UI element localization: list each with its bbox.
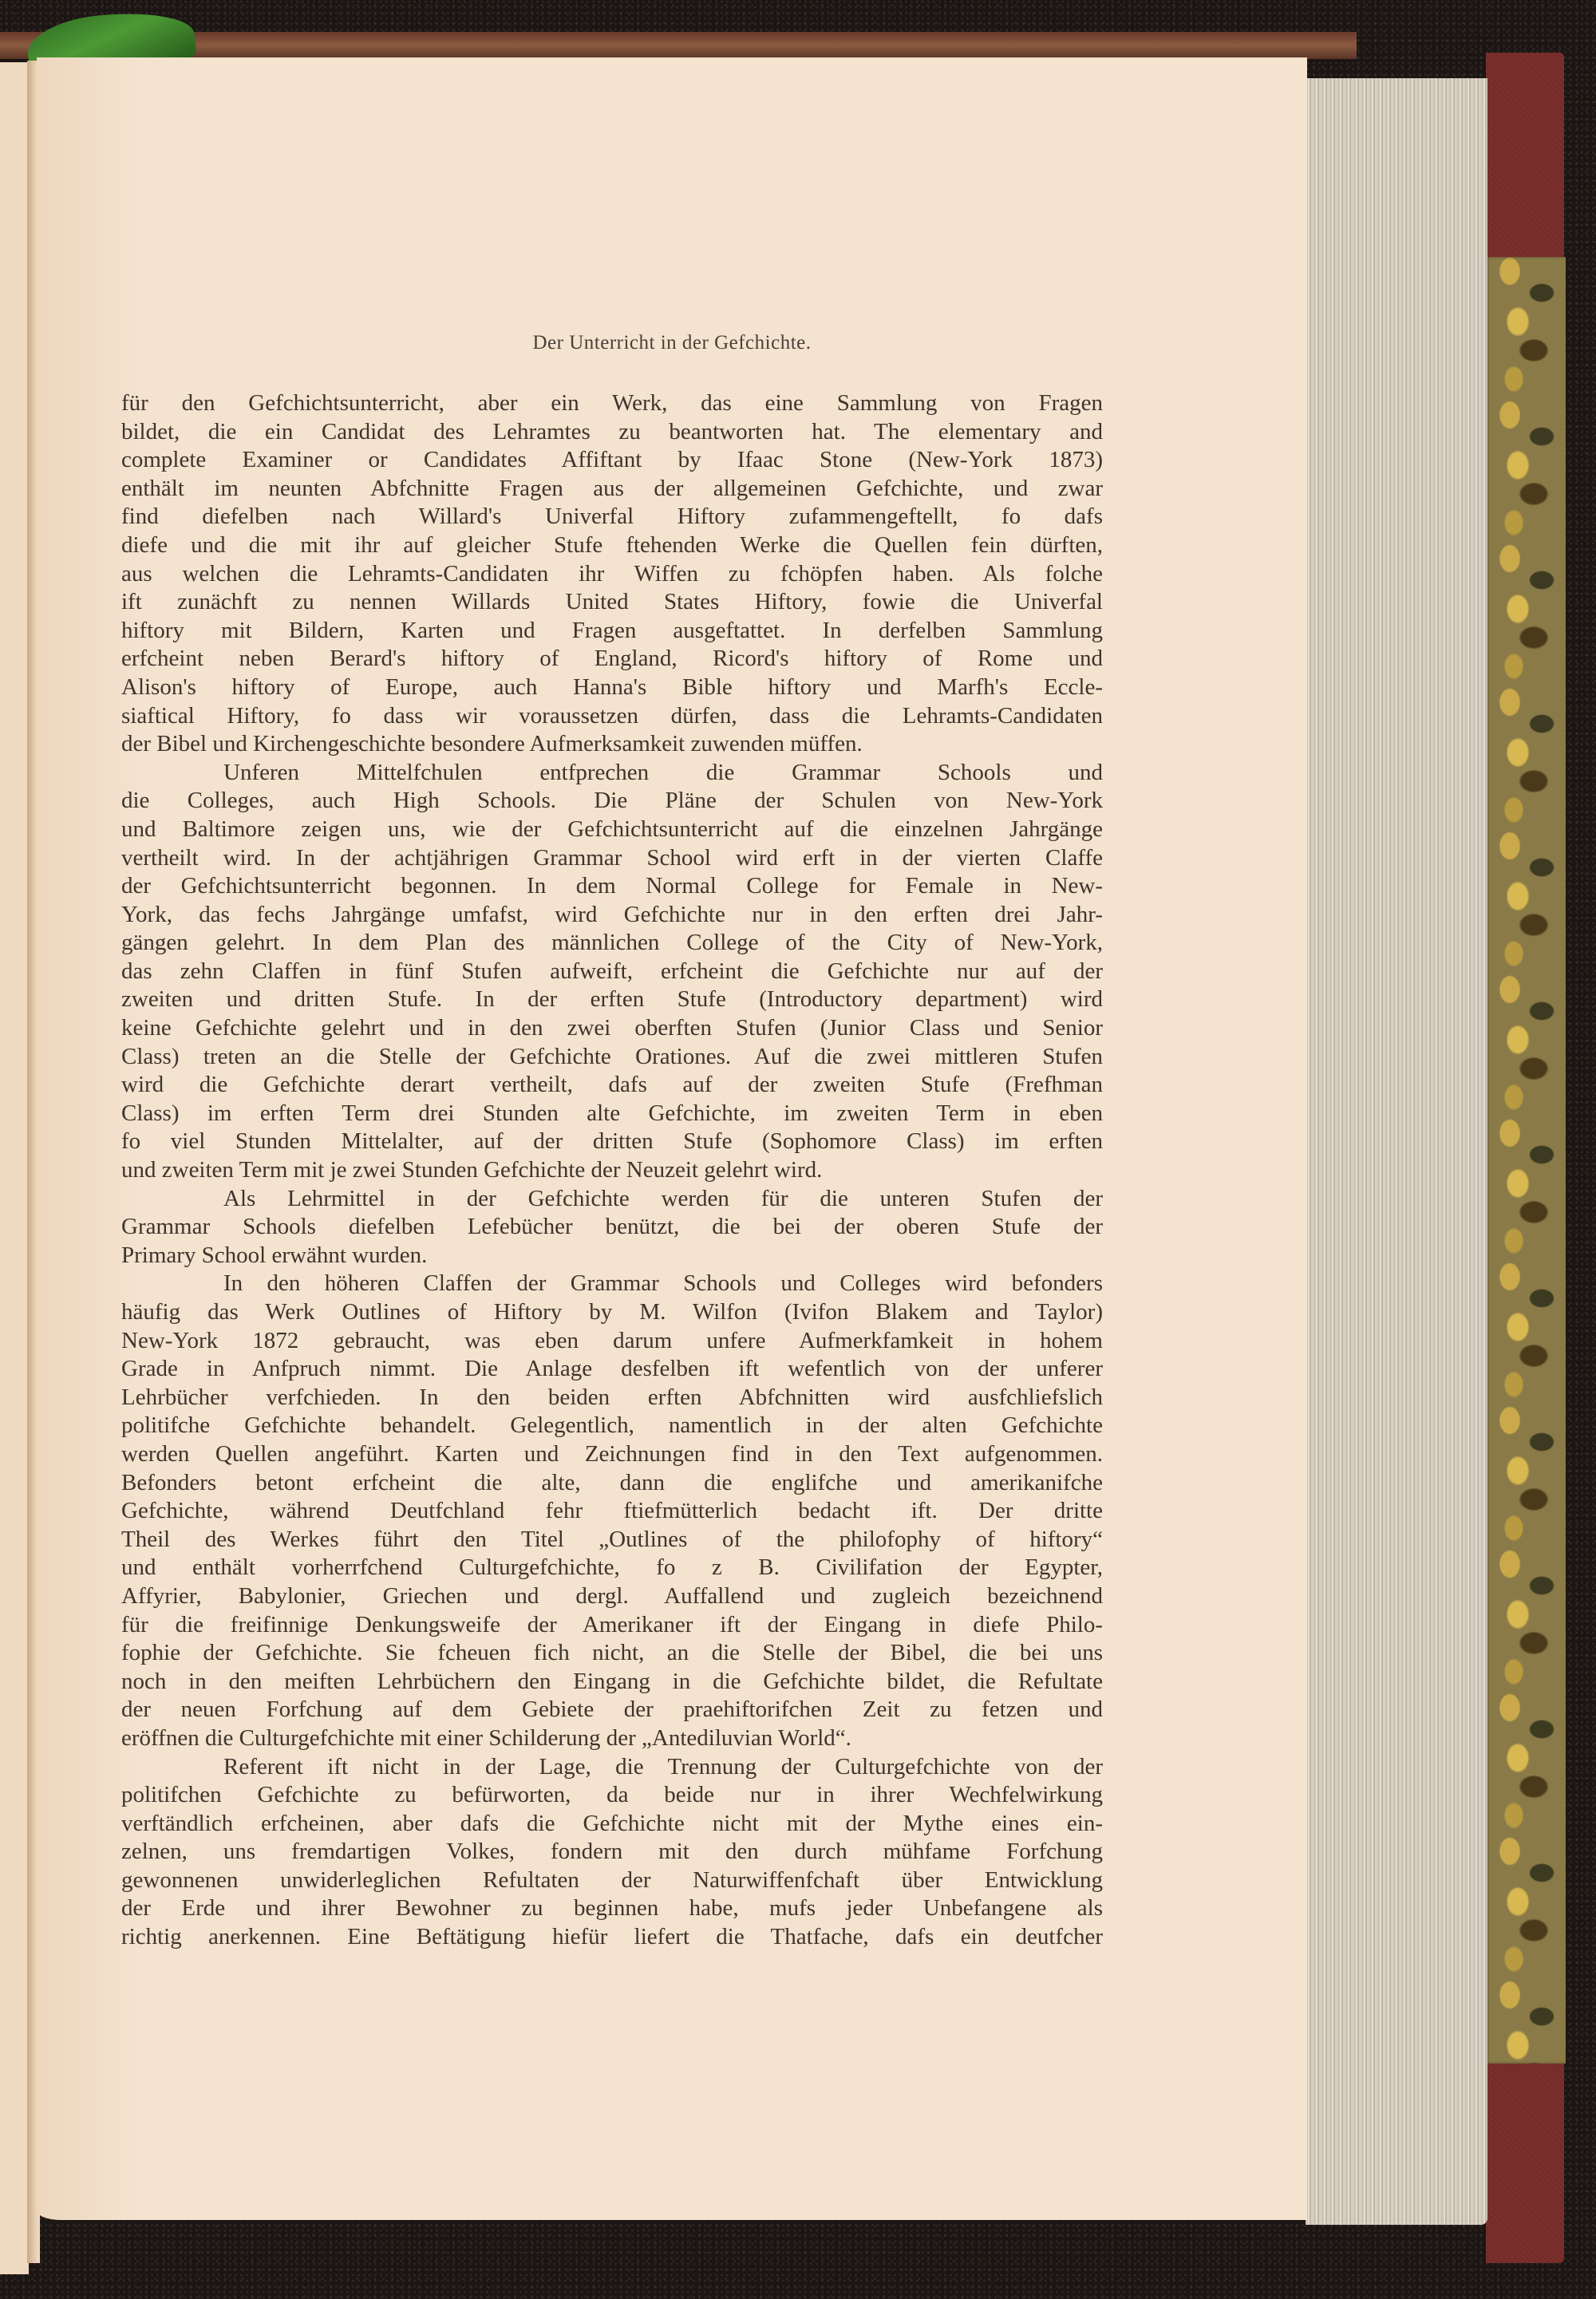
text-line: verftändlich erfcheinen, aber dafs die G… bbox=[121, 1810, 1103, 1839]
text-line: wird die Gefchichte derart vertheilt, da… bbox=[121, 1071, 1103, 1100]
text-line: gewonnenen unwiderleglichen Refultaten d… bbox=[121, 1866, 1103, 1895]
text-line: noch in den meiften Lehrbüchern den Eing… bbox=[121, 1668, 1103, 1697]
text-line: Als Lehrmittel in der Gefchichte werden … bbox=[121, 1185, 1103, 1214]
text-line: ift zunächft zu nennen Willards United S… bbox=[121, 588, 1103, 617]
text-line: siaftical Hiftory, fo dass wir vorausset… bbox=[121, 702, 1103, 731]
text-line: häufig das Werk Outlines of Hiftory by M… bbox=[121, 1298, 1103, 1327]
text-line: Unferen Mittelfchulen entfprechen die Gr… bbox=[121, 759, 1103, 788]
text-line: Grammar Schools diefelben Lefebücher ben… bbox=[121, 1213, 1103, 1242]
text-line: erfcheint neben Berard's hiftory of Engl… bbox=[121, 645, 1103, 674]
page-body-text: für den Gefchichtsunterricht, aber ein W… bbox=[121, 389, 1103, 1952]
text-line: richtig anerkennen. Eine Beftätigung hie… bbox=[121, 1923, 1103, 1952]
marbled-cover-paper bbox=[1486, 257, 1566, 2064]
text-line: politifchen Gefchichte zu befürworten, d… bbox=[121, 1781, 1103, 1810]
text-line: New-York 1872 gebraucht, was eben darum … bbox=[121, 1327, 1103, 1356]
text-line: zelnen, uns fremdartigen Volkes, fondern… bbox=[121, 1838, 1103, 1866]
text-line: vertheilt wird. In der achtjährigen Gram… bbox=[121, 844, 1103, 873]
text-line: das zehn Claffen in fünf Stufen aufweift… bbox=[121, 958, 1103, 986]
text-line: der Bibel und Kirchengeschichte besonder… bbox=[121, 730, 1103, 759]
text-line: und zweiten Term mit je zwei Stunden Gef… bbox=[121, 1156, 1103, 1185]
text-line: und enthält vorherrfchend Culturgefchich… bbox=[121, 1554, 1103, 1582]
text-line: Alison's hiftory of Europe, auch Hanna's… bbox=[121, 674, 1103, 702]
text-line: aus welchen die Lehramts-Candidaten ihr … bbox=[121, 560, 1103, 589]
text-line: complete Examiner or Candidates Affiftan… bbox=[121, 446, 1103, 475]
text-line: diefe und die mit ihr auf gleicher Stufe… bbox=[121, 531, 1103, 560]
text-line: fophie der Gefchichte. Sie fcheuen fich … bbox=[121, 1639, 1103, 1668]
book-cover-top-edge bbox=[0, 32, 1357, 59]
text-line: politifche Gefchichte behandelt. Gelegen… bbox=[121, 1412, 1103, 1440]
text-line: gängen gelehrt. In dem Plan des männlich… bbox=[121, 929, 1103, 958]
text-line: hiftory mit Bildern, Karten und Fragen a… bbox=[121, 617, 1103, 646]
text-line: Befonders betont erfcheint die alte, dan… bbox=[121, 1469, 1103, 1498]
text-line: für die freifinnige Denkungsweife der Am… bbox=[121, 1611, 1103, 1640]
text-line: find diefelben nach Willard's Univerfal … bbox=[121, 503, 1103, 531]
text-line: eröffnen die Culturgefchichte mit einer … bbox=[121, 1724, 1103, 1753]
text-line: Theil des Werkes führt den Titel „Outlin… bbox=[121, 1526, 1103, 1554]
text-line: der Gefchichtsunterricht begonnen. In de… bbox=[121, 872, 1103, 901]
text-line: der neuen Forfchung auf dem Gebiete der … bbox=[121, 1696, 1103, 1724]
text-line: zweiten und dritten Stufe. In der erften… bbox=[121, 986, 1103, 1014]
text-line: Primary School erwähnt wurden. bbox=[121, 1242, 1103, 1270]
left-page-sliver bbox=[0, 62, 29, 2274]
running-head: Der Unterricht in der Gefchichte. bbox=[37, 332, 1307, 354]
text-line: Referent ift nicht in der Lage, die Tren… bbox=[121, 1753, 1103, 1782]
text-line: für den Gefchichtsunterricht, aber ein W… bbox=[121, 389, 1103, 418]
text-line: York, das fechs Jahrgänge umfafst, wird … bbox=[121, 901, 1103, 930]
book-page: Der Unterricht in der Gefchichte. für de… bbox=[37, 57, 1307, 2220]
text-line: bildet, die ein Candidat des Lehramtes z… bbox=[121, 418, 1103, 447]
text-line: Gefchichte, während Deutfchland fehr fti… bbox=[121, 1497, 1103, 1526]
text-line: werden Quellen angeführt. Karten und Zei… bbox=[121, 1440, 1103, 1469]
text-line: Affyrier, Babylonier, Griechen und dergl… bbox=[121, 1582, 1103, 1611]
page-stack-edge bbox=[1306, 78, 1487, 2225]
text-line: Grade in Anfpruch nimmt. Die Anlage desf… bbox=[121, 1355, 1103, 1384]
text-line: die Colleges, auch High Schools. Die Plä… bbox=[121, 787, 1103, 816]
text-line: der Erde und ihrer Bewohner zu beginnen … bbox=[121, 1894, 1103, 1923]
text-line: keine Gefchichte gelehrt und in den zwei… bbox=[121, 1014, 1103, 1043]
text-line: fo viel Stunden Mittelalter, auf der dri… bbox=[121, 1128, 1103, 1156]
text-line: In den höheren Claffen der Grammar Schoo… bbox=[121, 1270, 1103, 1298]
text-line: Class) treten an die Stelle der Gefchich… bbox=[121, 1043, 1103, 1072]
text-line: enthält im neunten Abfchnitte Fragen aus… bbox=[121, 475, 1103, 504]
text-line: und Baltimore zeigen uns, wie der Gefchi… bbox=[121, 816, 1103, 844]
text-line: Lehrbücher verfchieden. In den beiden er… bbox=[121, 1384, 1103, 1412]
text-line: Class) im erften Term drei Stunden alte … bbox=[121, 1100, 1103, 1128]
